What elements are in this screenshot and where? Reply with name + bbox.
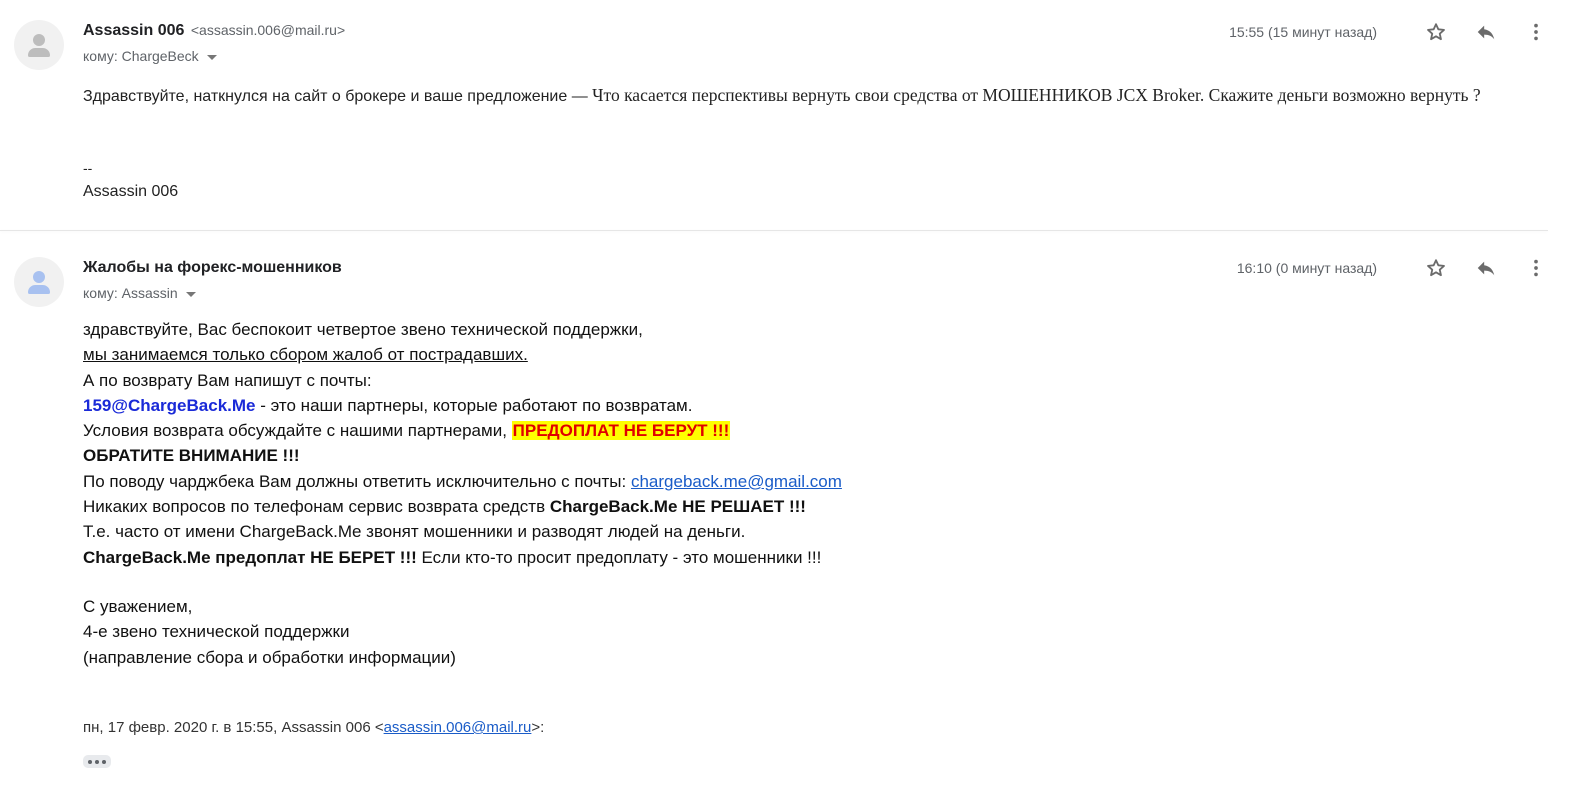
body-text: Условия возврата обсуждайте с нашими пар…	[83, 421, 512, 440]
star-button[interactable]	[1421, 256, 1451, 280]
sender-email: <assassin.006@mail.ru>	[191, 22, 345, 38]
closing-line: 4-е звено технической поддержки	[83, 619, 842, 644]
spacer	[83, 570, 842, 594]
reply-icon	[1475, 21, 1497, 43]
email-message-2: Жалобы на форекс-мошенников кому: Assass…	[0, 232, 1571, 796]
quote-email-link[interactable]: assassin.006@mail.ru	[384, 719, 532, 736]
signature-separator: --	[83, 160, 92, 176]
partner-email: 159@ChargeBack.Me	[83, 396, 256, 415]
show-trimmed-content-button[interactable]	[83, 755, 111, 768]
person-icon	[33, 34, 45, 46]
body-line: здравствуйте, Вас беспокоит четвертое зв…	[83, 317, 842, 342]
bold-text: ChargeBack.Me НЕ РЕШАЕТ !!!	[550, 497, 806, 516]
sender-line: Жалобы на форекс-мошенников	[83, 259, 342, 277]
body-text: Никаких вопросов по телефонам сервис воз…	[83, 497, 550, 516]
body-line: А по возврату Вам напишут с почты:	[83, 368, 842, 393]
more-options-button[interactable]	[1521, 20, 1551, 44]
sender-name[interactable]: Жалобы на форекс-мошенников	[83, 259, 342, 276]
message-body: Здравствуйте, наткнулся на сайт о брокер…	[83, 82, 1543, 110]
body-text: - это наши партнеры, которые работают по…	[256, 396, 693, 415]
star-icon	[1425, 21, 1447, 43]
bold-text: ChargeBack.Me предоплат НЕ БЕРЕТ !!!	[83, 548, 417, 567]
person-icon	[33, 271, 45, 283]
closing-line: (направление сбора и обработки информаци…	[83, 645, 842, 670]
attention-heading: ОБРАТИТЕ ВНИМАНИЕ !!!	[83, 443, 842, 468]
message-body: здравствуйте, Вас беспокоит четвертое зв…	[83, 317, 842, 670]
more-options-button[interactable]	[1521, 256, 1551, 280]
sender-avatar[interactable]	[14, 20, 64, 70]
sender-line: Assassin 006 <assassin.006@mail.ru>	[83, 22, 345, 40]
email-message-1: Assassin 006 <assassin.006@mail.ru> кому…	[0, 0, 1571, 230]
body-line: ChargeBack.Me предоплат НЕ БЕРЕТ !!! Есл…	[83, 545, 842, 570]
body-line-underlined: мы занимаемся только сбором жалоб от пос…	[83, 342, 842, 367]
message-meta: 16:10 (0 минут назад)	[1237, 256, 1551, 280]
reply-icon	[1475, 257, 1497, 279]
timestamp: 15:55 (15 минут назад)	[1229, 24, 1377, 40]
body-line: Условия возврата обсуждайте с нашими пар…	[83, 418, 842, 443]
sender-avatar[interactable]	[14, 257, 64, 307]
recipient-details-toggle[interactable]: кому: Assassin	[83, 285, 196, 301]
timestamp: 16:10 (0 минут назад)	[1237, 260, 1377, 276]
quote-attribution: пн, 17 февр. 2020 г. в 15:55, Assassin 0…	[83, 719, 544, 736]
reply-button[interactable]	[1471, 20, 1501, 44]
recipient-label: кому: Assassin	[83, 285, 178, 301]
reply-button[interactable]	[1471, 256, 1501, 280]
body-text: Если кто-то просит предоплату - это моше…	[417, 548, 822, 567]
quote-suffix: >:	[531, 719, 544, 736]
person-icon-body	[28, 285, 50, 294]
body-line: Никаких вопросов по телефонам сервис воз…	[83, 494, 842, 519]
more-vertical-icon	[1525, 21, 1547, 43]
body-line: 159@ChargeBack.Me - это наши партнеры, к…	[83, 393, 842, 418]
body-text-quoted: Что касается перспективы вернуть свои ср…	[592, 85, 1480, 105]
quote-prefix: пн, 17 февр. 2020 г. в 15:55, Assassin 0…	[83, 719, 384, 736]
highlighted-warning: ПРЕДОПЛАТ НЕ БЕРУТ !!!	[512, 421, 731, 440]
person-icon-body	[28, 48, 50, 57]
ellipsis-icon	[95, 760, 99, 764]
signature-name: Assassin 006	[83, 183, 178, 201]
body-text: По поводу чарджбека Вам должны ответить …	[83, 472, 631, 491]
closing-line: С уважением,	[83, 594, 842, 619]
chevron-down-icon	[207, 55, 217, 60]
sender-name[interactable]: Assassin 006	[83, 22, 184, 39]
recipient-details-toggle[interactable]: кому: ChargeBeck	[83, 48, 217, 64]
star-icon	[1425, 257, 1447, 279]
body-text-intro: Здравствуйте, наткнулся на сайт о брокер…	[83, 88, 592, 105]
chevron-down-icon	[186, 292, 196, 297]
message-meta: 15:55 (15 минут назад)	[1229, 20, 1551, 44]
more-vertical-icon	[1525, 257, 1547, 279]
body-line: Т.е. часто от имени ChargeBack.Me звонят…	[83, 519, 842, 544]
ellipsis-icon	[88, 760, 92, 764]
star-button[interactable]	[1421, 20, 1451, 44]
body-line: По поводу чарджбека Вам должны ответить …	[83, 469, 842, 494]
message-divider	[0, 230, 1548, 231]
chargeback-email-link[interactable]: chargeback.me@gmail.com	[631, 472, 842, 491]
ellipsis-icon	[102, 760, 106, 764]
recipient-label: кому: ChargeBeck	[83, 48, 199, 64]
